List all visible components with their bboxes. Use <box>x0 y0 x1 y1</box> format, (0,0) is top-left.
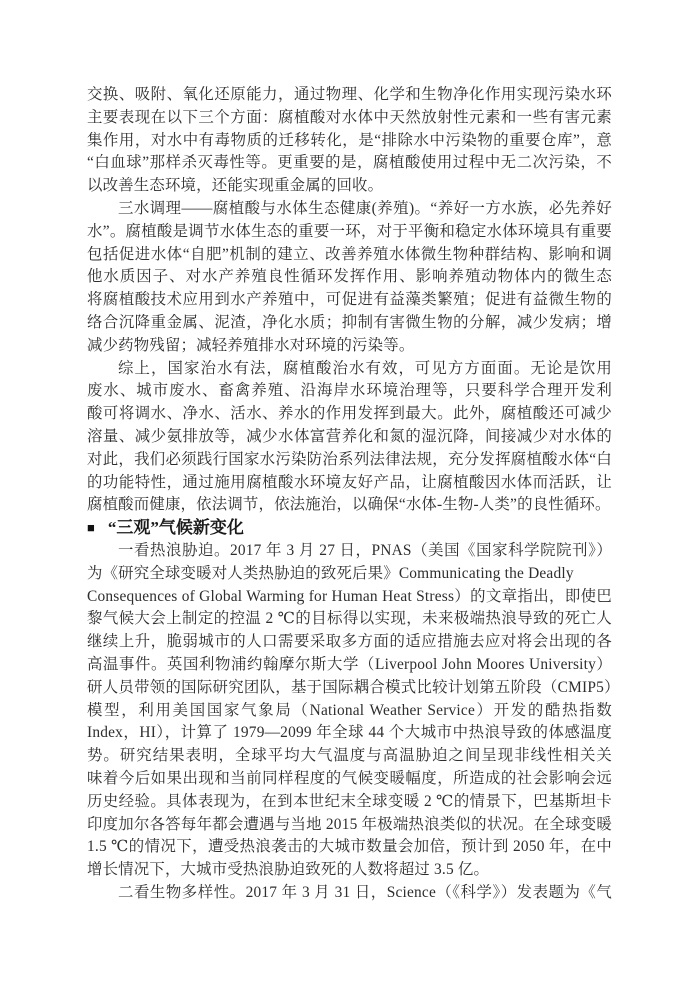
body-line: 研人员带领的国际研究团队，基于国际耦合模式比较计划第五阶段（CMIP5）的多个 <box>87 677 612 700</box>
body-line: 综上，国家治水有法，腐植酸治水有效，可见方方面面。无论是饮用水、工业 <box>87 358 612 381</box>
section-heading: ■“三观”气候新变化 <box>87 517 612 540</box>
body-line: 历史经验。具体表现为，在到本世纪末全球变暖 2 ℃的情景下，巴基斯坦卡拉奇和 <box>87 791 612 814</box>
body-line: Index，HI），计算了 1979—2099 年全球 44 个大城市中热浪导致… <box>87 722 612 745</box>
body-line: 废水、城市废水、畜禽养殖、沿海岸水环境治理等，只要科学合理开发利用，腐植 <box>87 380 612 403</box>
body-line: 印度加尔各答每年都会遭遇与当地 2015 年极端热浪类似的状况。在全球变暖只有 <box>87 814 612 837</box>
section-heading-text: “三观”气候新变化 <box>108 518 244 537</box>
square-bullet-icon: ■ <box>87 517 95 540</box>
body-line: 继续上升，脆弱城市的人口需要采取多方面的适应措施去应对将会出现的各种极端 <box>87 631 612 654</box>
body-line: 二看生物多样性。2017 年 3 月 31 日，Science（《科学》）发表题… <box>87 882 612 905</box>
body-line: 集作用，对水中有毒物质的迁移转化，是“排除水中污染物的重要仓库”，意即像 <box>87 130 612 153</box>
body-line: 的功能特性，通过施用腐植酸水环境友好产品，让腐植酸因水体而活跃，让水体因 <box>87 472 612 495</box>
text-column: 交换、吸附、氧化还原能力，通过物理、化学和生物净化作用实现污染水环境治理。主要表… <box>87 84 612 905</box>
body-line: 减少药物残留；减轻养殖排水对环境的污染等。 <box>87 335 612 358</box>
body-line: 主要表现在以下三个方面：腐植酸对水体中天然放射性元素和一些有害元素具有富 <box>87 107 612 130</box>
body-line: 势。研究结果表明，全球平均大气温度与高温胁迫之间呈现非线性相关关系。这意 <box>87 745 612 768</box>
body-line: 水”。腐植酸是调节水体生态的重要一环，对于平衡和稳定水体环境具有重要作用。 <box>87 221 612 244</box>
paragraph: 二看生物多样性。2017 年 3 月 31 日，Science（《科学》）发表题… <box>87 882 612 905</box>
paragraph: 交换、吸附、氧化还原能力，通过物理、化学和生物净化作用实现污染水环境治理。主要表… <box>87 84 612 198</box>
body-line: Consequences of Global Warming for Human… <box>87 586 612 609</box>
body-line: 将腐植酸技术应用到水产养殖中，可促进有益藻类繁殖；促进有益微生物的繁殖； <box>87 289 612 312</box>
body-line: 黎气候大会上制定的控温 2 ℃的目标得以实现，未来极端热浪导致的死亡人数仍会 <box>87 608 612 631</box>
body-line: 酸可将调水、净水、活水、养水的作用发挥到最大。此外，腐植酸还可减少化肥淋 <box>87 403 612 426</box>
paragraph: 一看热浪胁迫。2017 年 3 月 27 日，PNAS（美国《国家科学院院刊》）… <box>87 540 612 882</box>
body-line: “白血球”那样杀灭毒性等。更重要的是，腐植酸使用过程中无二次污染，不仅可 <box>87 152 612 175</box>
body-line: 以改善生态环境，还能实现重金属的回收。 <box>87 175 612 198</box>
body-line: 为《研究全球变暖对人类热胁迫的致死后果》Communicating the De… <box>87 563 612 586</box>
body-line: 溶量、减少氨排放等，减少水体富营养化和氮的湿沉降，间接减少对水体的污染。 <box>87 426 612 449</box>
body-line: 他水质因子、对水产养殖良性循环发挥作用、影响养殖动物体内的微生态等。通过 <box>87 266 612 289</box>
body-line: 1.5 ℃的情况下，遭受热浪袭击的大城市数量会加倍，预计到 2050 年，在中等… <box>87 836 612 859</box>
body-line: 增长情况下，大城市受热浪胁迫致死的人数将超过 3.5 亿。 <box>87 859 612 882</box>
body-line: 络合沉降重金属、泥渣，净化水质；抑制有害微生物的分解，减少发病；增强药效、 <box>87 312 612 335</box>
body-line: 腐植酸而健康，依法调节，依法施治，以确保“水体-生物-人类”的良性循环。 <box>87 494 612 517</box>
paragraph: 综上，国家治水有法，腐植酸治水有效，可见方方面面。无论是饮用水、工业废水、城市废… <box>87 358 612 518</box>
body-line: 交换、吸附、氧化还原能力，通过物理、化学和生物净化作用实现污染水环境治理。 <box>87 84 612 107</box>
body-line: 包括促进水体“自肥”机制的建立、改善养殖水体微生物种群结构、影响和调控其 <box>87 244 612 267</box>
body-line: 三水调理——腐植酸与水体生态健康(养殖)。“养好一方水族，必先养好一方 <box>87 198 612 221</box>
body-line: 对此，我们必须践行国家水污染防治系列法律法规，充分发挥腐植酸水体“白细胞” <box>87 449 612 472</box>
body-line: 味着今后如果出现和当前同样程度的气候变暖幅度，所造成的社会影响会远远大于 <box>87 768 612 791</box>
body-line: 模型，利用美国国家气象局（National Weather Service）开发… <box>87 700 612 723</box>
paragraph: 三水调理——腐植酸与水体生态健康(养殖)。“养好一方水族，必先养好一方水”。腐植… <box>87 198 612 358</box>
body-line: 一看热浪胁迫。2017 年 3 月 27 日，PNAS（美国《国家科学院院刊》）… <box>87 540 612 563</box>
body-line: 高温事件。英国利物浦约翰摩尔斯大学（Liverpool John Moores … <box>87 654 612 677</box>
